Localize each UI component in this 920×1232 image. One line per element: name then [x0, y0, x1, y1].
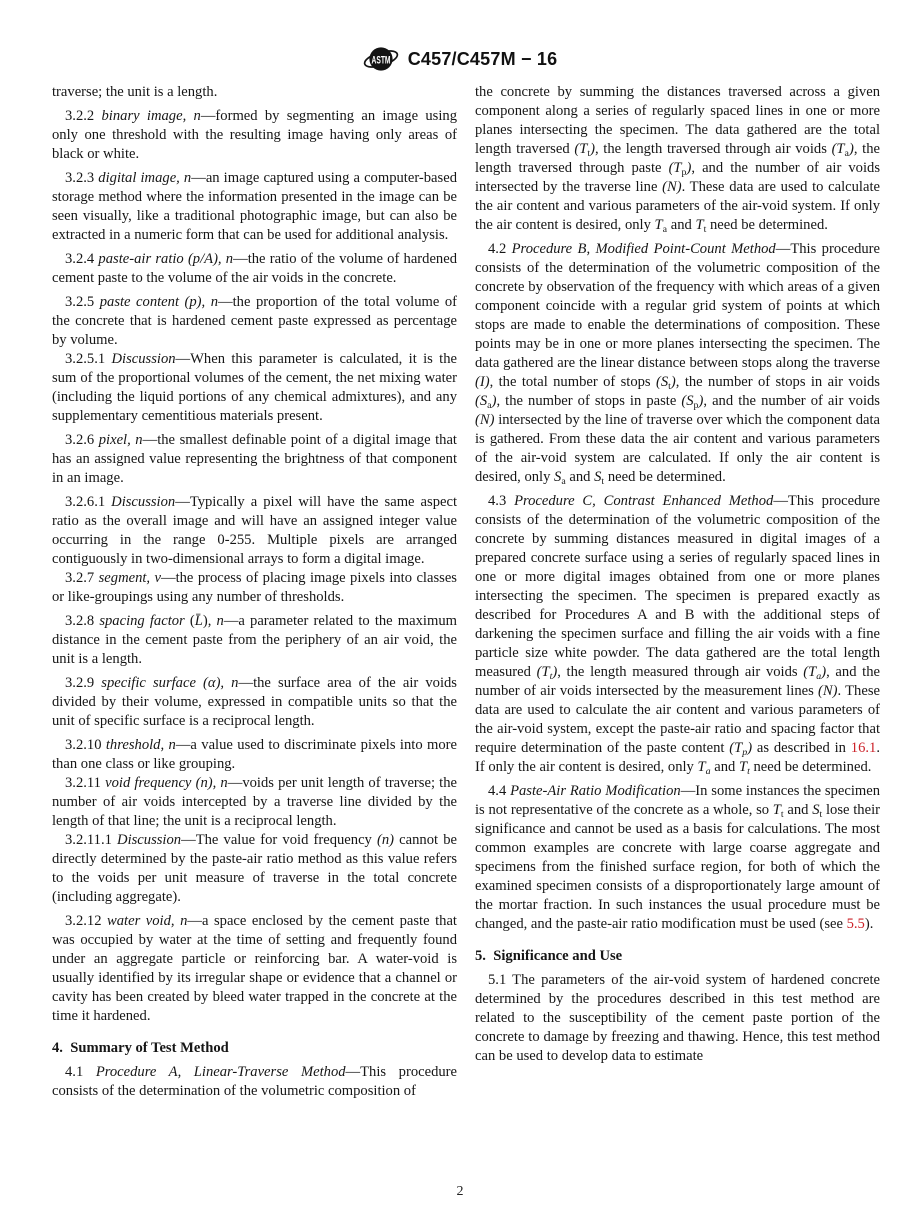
page-header: ASTM C457/C457M − 16: [0, 0, 920, 74]
section-heading: 4. Summary of Test Method: [52, 1039, 457, 1058]
cross-reference-link[interactable]: 16.1: [851, 740, 877, 756]
paragraph: 3.2.5.1 Discussion—When this parameter i…: [52, 350, 457, 426]
paragraph: 4.4 Paste-Air Ratio Modification—In some…: [475, 782, 880, 934]
paragraph: 3.2.4 paste-air ratio (p/A), n—the ratio…: [52, 250, 457, 288]
paragraph: 4.2 Procedure B, Modified Point-Count Me…: [475, 240, 880, 487]
paragraph: 3.2.8 spacing factor (L̄), n—a parameter…: [52, 612, 457, 669]
paragraph: 3.2.11 void frequency (n), n—voids per u…: [52, 774, 457, 831]
paragraph: 3.2.6.1 Discussion—Typically a pixel wil…: [52, 493, 457, 569]
section-heading: 5. Significance and Use: [475, 947, 880, 966]
astm-logo-text: ASTM: [371, 54, 390, 66]
document-page: ASTM C457/C457M − 16 traverse; the unit …: [0, 0, 920, 1232]
paragraph: 3.2.2 binary image, n—formed by segmenti…: [52, 107, 457, 164]
content-columns: traverse; the unit is a length.3.2.2 bin…: [0, 74, 920, 1101]
cross-reference-link[interactable]: 5.5: [847, 916, 865, 932]
paragraph: 3.2.6 pixel, n—the smallest definable po…: [52, 431, 457, 488]
paragraph: the concrete by summing the distances tr…: [475, 83, 880, 235]
page-number: 2: [0, 1184, 920, 1200]
paragraph: 3.2.3 digital image, n—an image captured…: [52, 169, 457, 245]
paragraph: traverse; the unit is a length.: [52, 83, 457, 102]
paragraph: 3.2.9 specific surface (α), n—the surfac…: [52, 674, 457, 731]
paragraph: 3.2.7 segment, v—the process of placing …: [52, 569, 457, 607]
paragraph: 5.1 The parameters of the air-void syste…: [475, 971, 880, 1066]
paragraph: 3.2.5 paste content (p), n—the proportio…: [52, 293, 457, 350]
paragraph: 3.2.12 water void, n—a space enclosed by…: [52, 912, 457, 1026]
paragraph: 3.2.10 threshold, n—a value used to disc…: [52, 736, 457, 774]
document-title: C457/C457M − 16: [408, 49, 558, 70]
column-left: traverse; the unit is a length.3.2.2 bin…: [52, 83, 457, 1101]
paragraph: 4.3 Procedure C, Contrast Enhanced Metho…: [475, 492, 880, 777]
astm-logo-icon: ASTM: [363, 44, 399, 74]
paragraph: 4.1 Procedure A, Linear-Traverse Method—…: [52, 1063, 457, 1101]
paragraph: 3.2.11.1 Discussion—The value for void f…: [52, 831, 457, 907]
column-right: the concrete by summing the distances tr…: [475, 83, 880, 1101]
